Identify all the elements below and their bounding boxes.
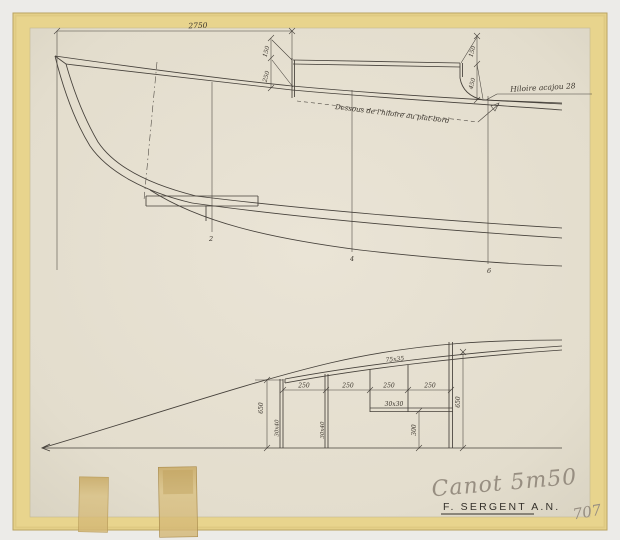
spacing-dim-3: 250 <box>382 383 395 390</box>
spacing-dim-2: 250 <box>341 383 354 390</box>
height-left-label: 650 <box>258 402 265 414</box>
plan-canvas: 2750 150 250 150 450 Hiloire acajou 28 D… <box>0 0 620 540</box>
tape-patch-left <box>79 477 109 532</box>
spacing-dim-1: 250 <box>297 383 310 390</box>
architect-signature: F. SERGENT A.N. <box>443 501 560 513</box>
clamp-section-label: 30x30 <box>385 401 404 408</box>
strut-left-section-label: 30x40 <box>275 419 281 437</box>
drop-dimension-label: 300 <box>411 424 418 436</box>
drawing-photo: 2750 150 250 150 450 Hiloire acajou 28 D… <box>0 0 620 540</box>
station-label-2: 2 <box>208 235 213 243</box>
station-label-4: 4 <box>349 255 354 263</box>
station-label-6: 6 <box>487 267 491 275</box>
height-right-label: 650 <box>455 396 462 408</box>
strut-mid-section-label: 30x40 <box>320 421 326 439</box>
spacing-dim-4: 250 <box>423 383 436 390</box>
length-dimension-label: 2750 <box>187 21 208 31</box>
